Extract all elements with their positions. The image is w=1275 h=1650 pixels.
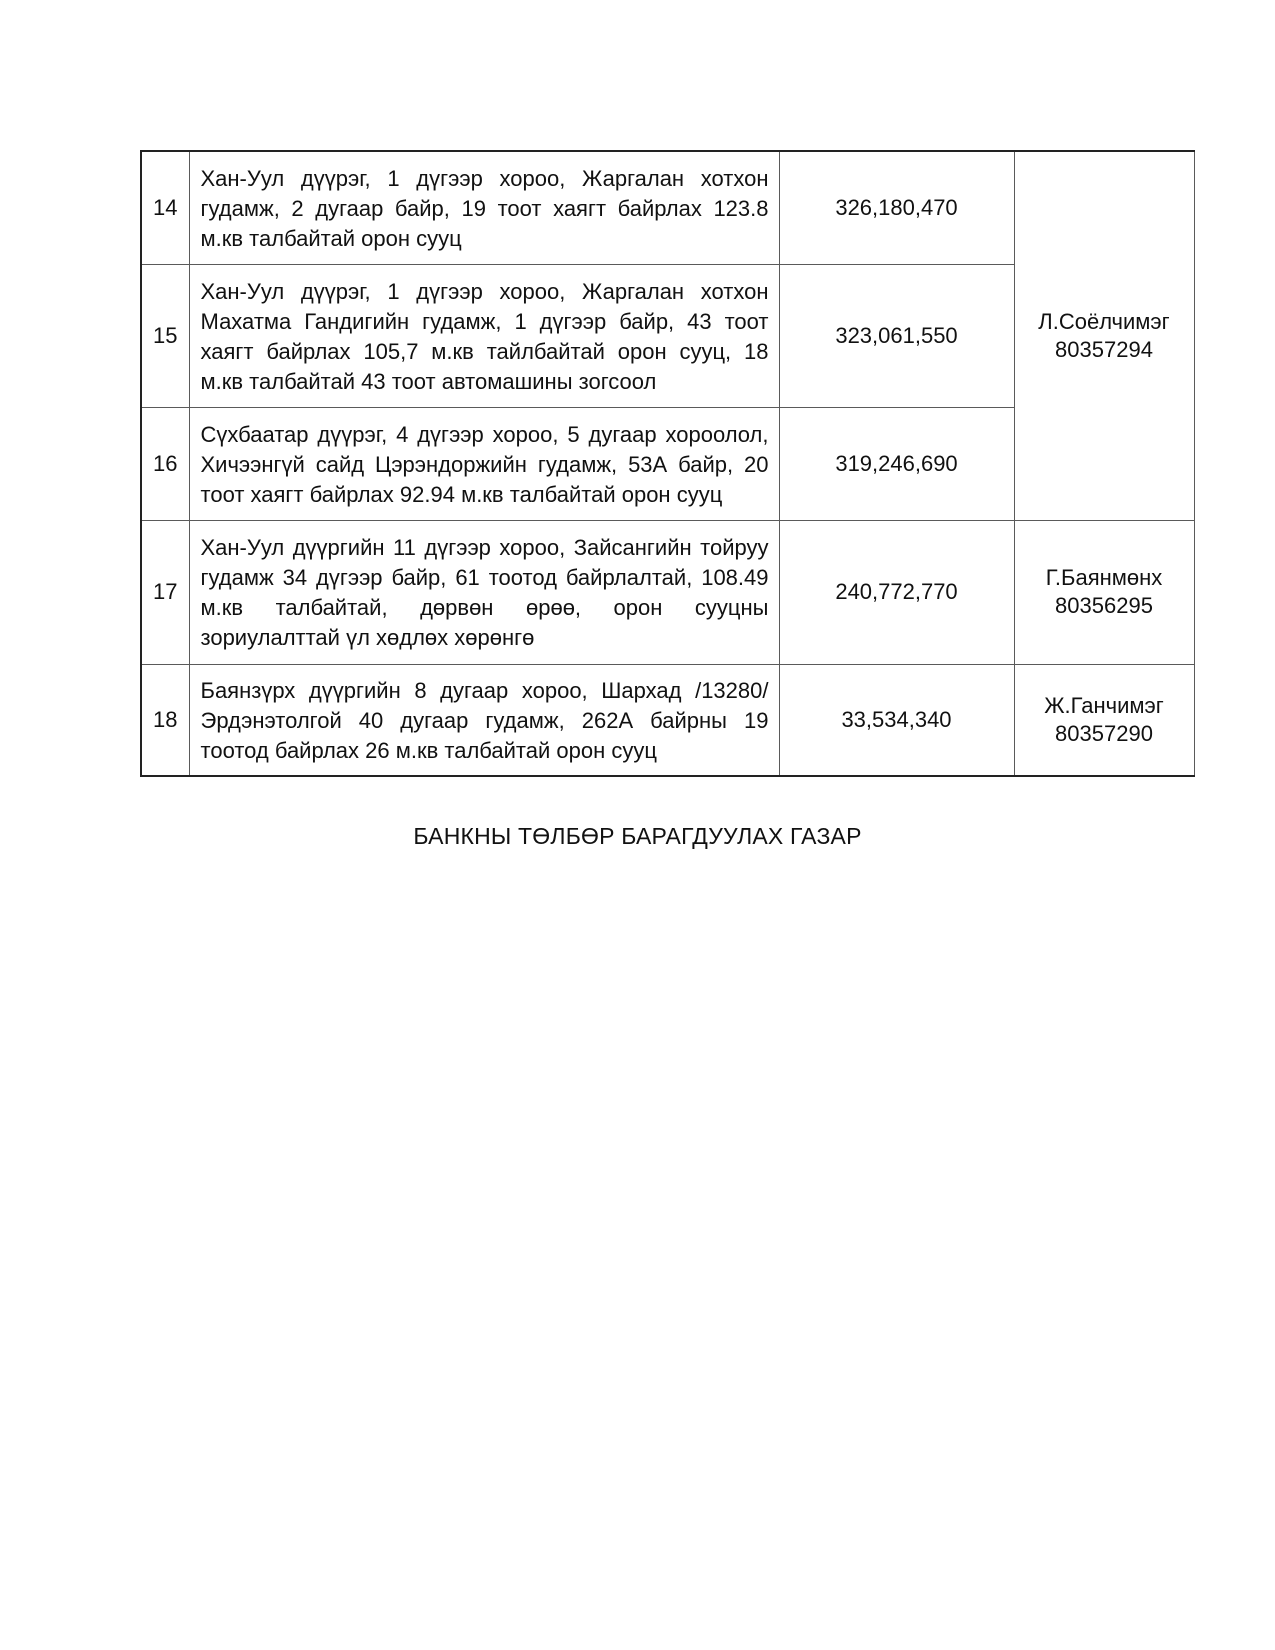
property-description: Хан-Уул дүүрэг, 1 дүгээр хороо, Жаргалан… [189, 264, 779, 407]
contact-name: Л.Соёлчимэг [1015, 308, 1194, 336]
row-number: 18 [141, 664, 189, 776]
contact-name: Ж.Ганчимэг [1015, 692, 1194, 720]
row-number: 15 [141, 264, 189, 407]
department-signature: БАНКНЫ ТӨЛБӨР БАРАГДУУЛАХ ГАЗАР [0, 823, 1275, 850]
contact-name: Г.Баянмөнх [1015, 564, 1194, 592]
row-number: 14 [141, 151, 189, 264]
contact-cell: Ж.Ганчимэг 80357290 [1014, 664, 1194, 776]
property-listing-table: 14 Хан-Уул дүүрэг, 1 дүгээр хороо, Жарга… [140, 150, 1195, 777]
description-text: Хан-Уул дүүрэг, 1 дүгээр хороо, Жаргалан… [201, 162, 769, 254]
row-number: 17 [141, 520, 189, 664]
property-price: 319,246,690 [779, 407, 1014, 520]
table-row: 14 Хан-Уул дүүрэг, 1 дүгээр хороо, Жарга… [141, 151, 1194, 264]
description-text: Хан-Уул дүүргийн 11 дүгээр хороо, Зайсан… [201, 531, 769, 653]
contact-phone: 80357290 [1015, 720, 1194, 748]
property-price: 326,180,470 [779, 151, 1014, 264]
contact-phone: 80357294 [1015, 336, 1194, 364]
document-page: 14 Хан-Уул дүүрэг, 1 дүгээр хороо, Жарга… [0, 0, 1275, 1650]
contact-phone: 80356295 [1015, 592, 1194, 620]
property-price: 240,772,770 [779, 520, 1014, 664]
contact-cell: Л.Соёлчимэг 80357294 [1014, 151, 1194, 520]
description-text: Сүхбаатар дүүрэг, 4 дүгээр хороо, 5 дуга… [201, 418, 769, 510]
property-description: Хан-Уул дүүрэг, 1 дүгээр хороо, Жаргалан… [189, 151, 779, 264]
property-description: Хан-Уул дүүргийн 11 дүгээр хороо, Зайсан… [189, 520, 779, 664]
property-description: Баянзүрх дүүргийн 8 дугаар хороо, Шархад… [189, 664, 779, 776]
property-price: 33,534,340 [779, 664, 1014, 776]
description-text: Баянзүрх дүүргийн 8 дугаар хороо, Шархад… [201, 674, 769, 766]
description-text: Хан-Уул дүүрэг, 1 дүгээр хороо, Жаргалан… [201, 275, 769, 397]
row-number: 16 [141, 407, 189, 520]
property-description: Сүхбаатар дүүрэг, 4 дүгээр хороо, 5 дуга… [189, 407, 779, 520]
table-row: 18 Баянзүрх дүүргийн 8 дугаар хороо, Шар… [141, 664, 1194, 776]
contact-cell: Г.Баянмөнх 80356295 [1014, 520, 1194, 664]
property-price: 323,061,550 [779, 264, 1014, 407]
table-row: 17 Хан-Уул дүүргийн 11 дүгээр хороо, Зай… [141, 520, 1194, 664]
